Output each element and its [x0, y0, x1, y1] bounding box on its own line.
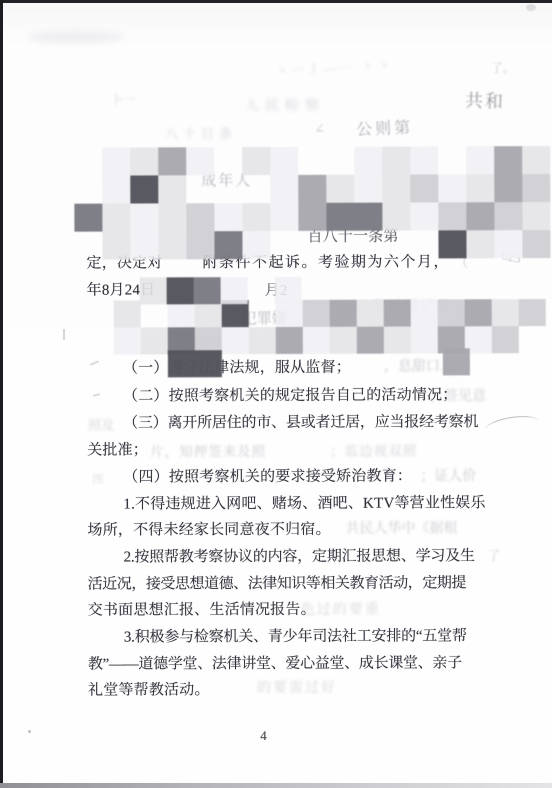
page-text-layer: 丶一丿―⋯ 丶丶 了。 卜一 人民检察 共和 八十日条 ∠ 公则第 成年人 （ … [0, 0, 552, 788]
scan-edge-bottom [0, 783, 552, 788]
item-3-line-1: 3.积极参与检察机关、青少年司法社工安排的“五堂帮 [124, 628, 467, 645]
redaction-F [443, 348, 470, 375]
ghost-margin-mark: 图 [92, 471, 103, 487]
ghost-header-fragment: 八十日条 [165, 123, 237, 142]
redaction-B [87, 299, 546, 355]
redaction-A [74, 146, 550, 260]
scan-edge-top [0, 0, 552, 3]
ghost-header-fragment: 公则第 [356, 115, 414, 140]
ghost-bleed-left: 照及 [88, 415, 114, 434]
ghost-org-name: 人民检察 [245, 95, 325, 115]
ghost-header-mark: 卜一 [111, 90, 135, 107]
ghost-bleed-right-3: ；证人价 [420, 465, 476, 485]
ghost-gonghe-fragment: 共和 [465, 87, 506, 114]
ghost-header-scrawl: 丶一丿―⋯ 丶丶 [274, 55, 393, 81]
ghost-angle-mark: ∠ [314, 121, 325, 137]
redaction-D [140, 277, 302, 305]
redaction-E [168, 350, 249, 377]
clause-4: （四）按照考察机关的要求接受矫治教育： [123, 469, 412, 486]
scan-edge-left [0, 0, 3, 788]
ghost-bleed-row: 片，知押签来及照 [150, 440, 266, 460]
item-2-line-3: 交书面思想汇报、生活情况报告。 [88, 602, 316, 619]
clause-2: （二）按照考察机关的规定报告自己的活动情况； [123, 387, 457, 404]
item-2-line-2: 活近况，接受思想道德、法律知识等相关教育活动，定期提 [88, 575, 466, 592]
ghost-bleed-row: 的要需过好 [257, 677, 337, 697]
page-number: 4 [260, 728, 267, 744]
ghost-bleed-row: ；监边视双照 [330, 440, 417, 460]
item-1-line-2: 场所，不得未经家长同意夜不归宿。 [87, 522, 330, 539]
item-3-line-2: 教”——道德学堂、法律讲堂、爱心益堂、成长课堂、亲子 [88, 655, 462, 672]
item-1-line-1: 1.不得违规进入网吧、赌场、酒吧、KTV等营业性娱乐 [123, 495, 485, 512]
scanned-document-page: 丶一丿―⋯ 丶丶 了。 卜一 人民检察 共和 八十日条 ∠ 公则第 成年人 （ … [0, 0, 552, 788]
item-3-line-3: 礼堂等帮教活动。 [88, 682, 210, 698]
ghost-margin-mark: 了 [488, 545, 501, 564]
ghost-bleed-genju: 共民人华中《据根 [345, 517, 457, 537]
clause-3-line-1: （三）离开所居住的市、县或者迁居，应当报经考察机 [123, 414, 478, 431]
ghost-header-mark: 了。 [491, 59, 515, 76]
item-2-line-1: 2.按照帮教考察协议的内容，定期汇报思想、学习及生 [124, 548, 475, 565]
clause-3-line-2: 关批准； [87, 442, 148, 458]
